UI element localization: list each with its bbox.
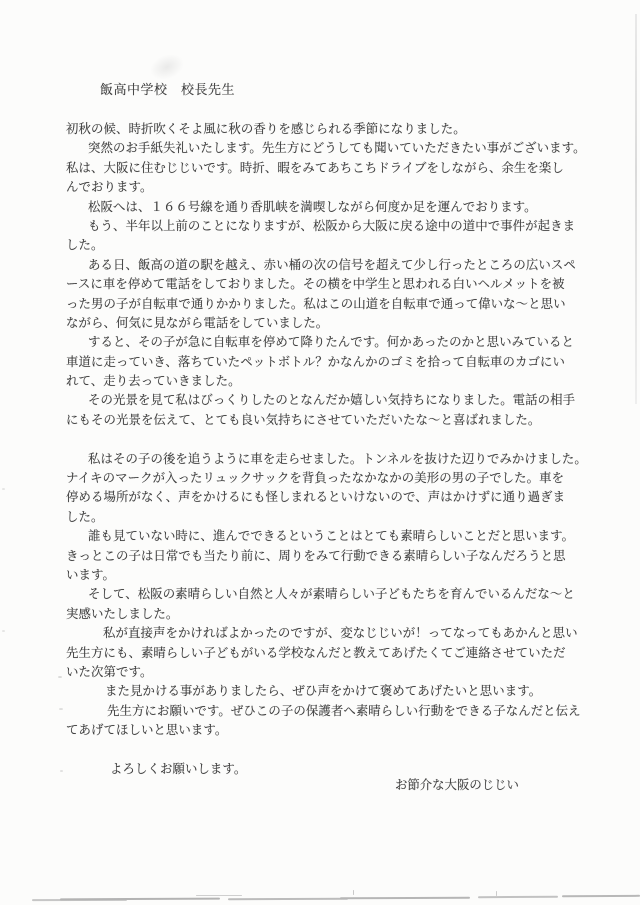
letter-line: きっとこの子は日常でも当たり前に、周りをみて行動できる素晴らしい子なんだろうと思 [66, 547, 632, 566]
letter-line: 初秋の候、時折吹くそよ風に秋の香りを感じられる季節になりました。 [66, 120, 632, 139]
letter-line: 停める場所がなく、声をかけるにも怪しまれるといけないので、声はかけずに通り過ぎま [66, 488, 632, 507]
letter-line: 私が直接声をかければよかったのですが、変なじじいが！ってなってもあかんと思い [66, 624, 632, 643]
letter-line: した。 [66, 508, 632, 527]
letter-line: ナイキのマークが入ったリュックサックを背負ったなかなかの美形の男の子でした。車を [66, 469, 632, 488]
letter-line: した。 [66, 236, 632, 255]
scan-line-segment [228, 898, 348, 900]
letter-line: 実感いたしました。 [66, 605, 632, 624]
letter-line: 突然のお手紙失礼いたします。先生方にどうしても聞いていただきたい事がございます。 [66, 139, 632, 158]
letter-line: ある日、飯高の道の駅を越え、赤い桶の次の信号を超えて少し行ったところの広いスペ [66, 256, 632, 275]
letter-line: 車道に走っていき、落ちていたペットボトル？かなんかのゴミを拾って自転車のカゴにい [66, 353, 632, 372]
scan-speck [2, 488, 5, 490]
scan-speck [60, 770, 63, 772]
letter-line: よろしくお願いします。 [66, 760, 632, 779]
letter-line: 私は、大阪に住むじじいです。時折、暇をみてあちこちドライブをしながら、余生を楽し [66, 159, 632, 178]
recipient-line: 飯高中学校 校長先生 [100, 82, 235, 98]
scan-line-segment [478, 896, 558, 898]
scan-speck [58, 676, 62, 678]
scan-line-segment [340, 897, 470, 899]
letter-line: ースに車を停めて電話をしておりました。その横を中学生と思われる白いヘルメットを被 [66, 275, 632, 294]
letter-line: ながら、何気に見ながら電話をしていました。 [66, 314, 632, 333]
letter-line: にもその光景を伝えて、とても良い気持ちにさせていただいたな～と喜ばれました。 [66, 411, 632, 430]
letter-line: いた次第です。 [66, 663, 632, 682]
letter-line: んでおります。 [66, 178, 632, 197]
scan-line-segment [562, 895, 640, 897]
scan-speck [2, 630, 5, 632]
letter-line: すると、その子が急に自転車を停めて降りたんです。何かあったのかと思いみていると [66, 333, 632, 352]
letter-line: 松阪へは、１６６号線を通り香肌峡を満喫しながら何度か足を運んでおります。 [66, 198, 632, 217]
letter-line: てあげてほしいと思います。 [66, 721, 632, 740]
scan-speck [59, 708, 63, 710]
letter-line: います。 [66, 566, 632, 585]
scan-smudge [145, 48, 190, 85]
letter-body: 初秋の候、時折吹くそよ風に秋の香りを感じられる季節になりました。突然のお手紙失礼… [66, 120, 632, 779]
letter-line: 先生方にも、素晴らしい子どもがいる学校なんだと教えてあげたくてご連絡させていただ [66, 644, 632, 663]
letter-line: もう、半年以上前のことになりますが、松阪から大阪に戻る途中の道中で事件が起きま [66, 217, 632, 236]
scan-line-segment [60, 898, 220, 901]
letter-line: また見かける事がありましたら、ぜひ声をかけて褒めてあげたいと思います。 [66, 682, 632, 701]
scan-tick [353, 890, 354, 895]
scan-edge-shadow [635, 14, 637, 404]
letter-line: 先生方にお願いです。ぜひこの子の保護者へ素晴らしい行動をできる子なんだと伝え [66, 702, 632, 721]
letter-line [66, 741, 632, 760]
scan-line-segment [196, 895, 242, 896]
letter-line: った男の子が自転車で通りかかりました。私はこの山道を自転車で通って偉いな～と思い [66, 295, 632, 314]
signature-line: お節介な大阪のじじい [395, 777, 519, 793]
scan-bottom-edge [0, 886, 640, 904]
letter-line: れて、走り去っていきました。 [66, 372, 632, 391]
letter-line: その光景を見て私はびっくりしたのとなんだか嬉しい気持ちになりました。電話の相手 [66, 391, 632, 410]
scanned-letter-page: 飯高中学校 校長先生 初秋の候、時折吹くそよ風に秋の香りを感じられる季節になりま… [0, 0, 640, 905]
letter-line: 誰も見ていない時に、進んでできるということはとても素晴らしいことだと思います。 [66, 527, 632, 546]
letter-line [66, 430, 632, 449]
scan-tick [496, 891, 497, 896]
letter-line: 私はその子の後を追うように車を走らせました。トンネルを抜けた辺りでみかけました。 [66, 450, 632, 469]
letter-line: そして、松阪の素晴らしい自然と人々が素晴らしい子どもたちを育んでいるんだな～と [66, 585, 632, 604]
